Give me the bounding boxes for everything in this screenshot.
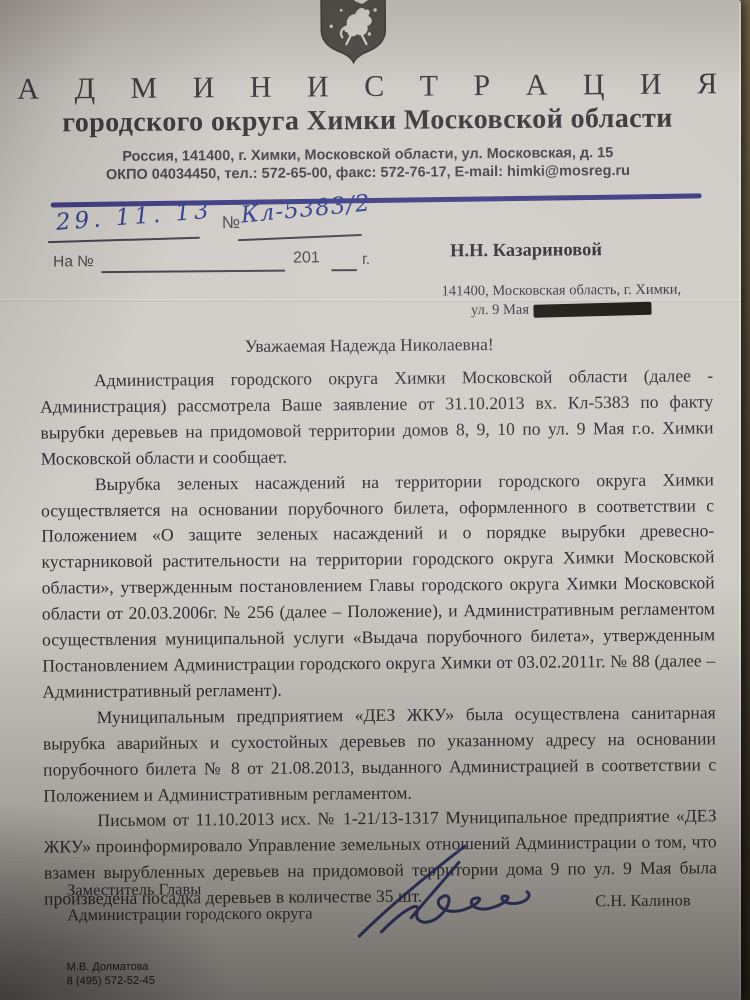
date-underline (48, 237, 200, 243)
letter-body: Администрация городского округа Химки Мо… (40, 363, 717, 912)
reply-to-label: На № (53, 253, 94, 271)
recipient-address: 141400, Московская область, г. Химки, ул… (404, 280, 718, 320)
salutation: Уважаемая Надежда Николаевна! (0, 332, 740, 359)
recipient-name: Н.Н. Казариновой (450, 240, 602, 262)
recipient-address-line1: 141400, Московская область, г. Химки, (404, 280, 718, 301)
recipient-address-line2: ул. 9 Мая (404, 299, 718, 320)
redaction-bar (534, 302, 652, 318)
handwritten-outgoing-number: Кл-5383/2 (240, 190, 372, 228)
reply-year-underline (331, 269, 357, 271)
reply-year: 201 (293, 249, 320, 267)
number-underline (238, 234, 362, 241)
handwritten-signature-icon (353, 841, 549, 948)
signer-position-line1: Заместитель Главы (67, 876, 313, 902)
executor-phone: 8 (495) 572-52-45 (67, 974, 155, 989)
body-paragraph-3: Муниципальным предприятием «ДЕЗ ЖКУ» был… (43, 700, 717, 809)
executor-name: М.В. Долматова (67, 960, 155, 975)
khimki-coat-of-arms-icon (317, 0, 390, 64)
signer-name: С.Н. Калинов (595, 890, 691, 911)
org-title: А Д М И Н И С Т Р А Ц И Я (0, 67, 738, 107)
signer-position: Заместитель Главы Администрации городско… (67, 876, 313, 927)
reply-number-underline (101, 270, 285, 273)
org-subtitle: городского округа Химки Московской облас… (0, 102, 738, 140)
signer-position-line2: Администрации городского округа (67, 901, 313, 927)
body-paragraph-1: Администрация городского округа Химки Мо… (40, 363, 714, 472)
reply-year-suffix: г. (362, 251, 370, 269)
org-contacts-line: ОКПО 04034450, тел.: 572-65-00, факс: 57… (0, 162, 738, 184)
letter-content: А Д М И Н И С Т Р А Ц И Я городского окр… (0, 0, 741, 1000)
number-sign-label: № (222, 213, 240, 233)
photo-of-letter: { "letterhead": { "emblem_icon": "khimki… (0, 0, 750, 1000)
executor-block: М.В. Долматова 8 (495) 572-52-45 (67, 960, 155, 989)
recipient-street: ул. 9 Мая (471, 302, 529, 318)
letter-paper: А Д М И Н И С Т Р А Ц И Я городского окр… (0, 0, 741, 1000)
body-paragraph-2: Вырубка зеленых насаждений на территории… (41, 467, 716, 705)
